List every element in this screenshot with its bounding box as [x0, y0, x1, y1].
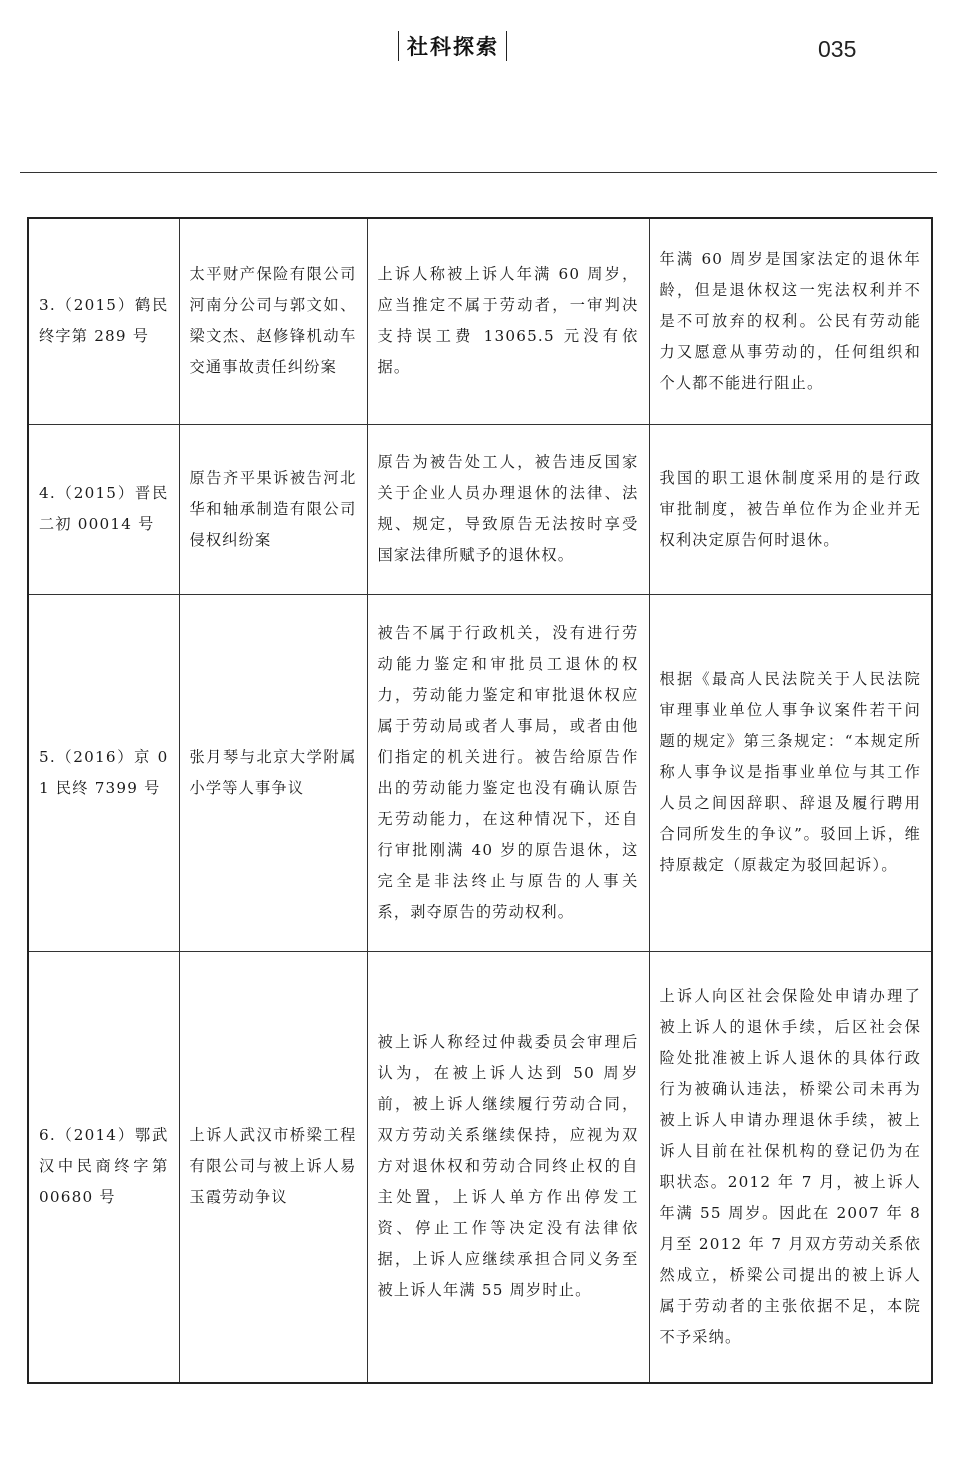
case-name-cell: 张月琴与北京大学附属小学等人事争议 — [179, 594, 367, 951]
table-row: 6.（2014）鄂武汉中民商终字第 00680 号 上诉人武汉市桥梁工程有限公司… — [28, 951, 932, 1383]
court-holding-cell: 我国的职工退休制度采用的是行政审批制度，被告单位作为企业并无权利决定原告何时退休… — [649, 424, 932, 594]
party-claim-cell: 被告不属于行政机关，没有进行劳动能力鉴定和审批员工退休的权力，劳动能力鉴定和审批… — [367, 594, 649, 951]
case-name-cell: 原告齐平果诉被告河北华和轴承制造有限公司侵权纠纷案 — [179, 424, 367, 594]
court-holding-cell: 根据《最高人民法院关于人民法院审理事业单位人事争议案件若干问题的规定》第三条规定… — [649, 594, 932, 951]
page-number: 035 — [818, 36, 856, 63]
party-claim-cell: 原告为被告处工人，被告违反国家关于企业人员办理退休的法律、法规、规定，导致原告无… — [367, 424, 649, 594]
court-holding-cell: 上诉人向区社会保险处申请办理了被上诉人的退休手续，后区社会保险处批准被上诉人退休… — [649, 951, 932, 1383]
header-bar-right — [506, 31, 507, 61]
case-number-cell: 5.（2016）京 01 民终 7399 号 — [28, 594, 179, 951]
case-name-cell: 上诉人武汉市桥梁工程有限公司与被上诉人易玉霞劳动争议 — [179, 951, 367, 1383]
party-claim-cell: 上诉人称被上诉人年满 60 周岁，应当推定不属于劳动者，一审判决支持误工费 13… — [367, 218, 649, 424]
table-row: 4.（2015）晋民二初 00014 号 原告齐平果诉被告河北华和轴承制造有限公… — [28, 424, 932, 594]
court-holding-cell: 年满 60 周岁是国家法定的退休年龄，但是退休权这一宪法权利并不是不可放弃的权利… — [649, 218, 932, 424]
case-number-cell: 6.（2014）鄂武汉中民商终字第 00680 号 — [28, 951, 179, 1383]
header-divider — [20, 172, 937, 173]
table-row: 5.（2016）京 01 民终 7399 号 张月琴与北京大学附属小学等人事争议… — [28, 594, 932, 951]
table-row: 3.（2015）鹤民终字第 289 号 太平财产保险有限公司河南分公司与郭文如、… — [28, 218, 932, 424]
case-name-cell: 太平财产保险有限公司河南分公司与郭文如、梁文杰、赵修锋机动车交通事故责任纠纷案 — [179, 218, 367, 424]
case-number-cell: 3.（2015）鹤民终字第 289 号 — [28, 218, 179, 424]
case-table: 3.（2015）鹤民终字第 289 号 太平财产保险有限公司河南分公司与郭文如、… — [27, 217, 933, 1384]
running-header: 社科探索 — [398, 30, 507, 62]
party-claim-cell: 被上诉人称经过仲裁委员会审理后认为，在被上诉人达到 50 周岁前，被上诉人继续履… — [367, 951, 649, 1383]
case-number-cell: 4.（2015）晋民二初 00014 号 — [28, 424, 179, 594]
section-title: 社科探索 — [399, 31, 506, 61]
